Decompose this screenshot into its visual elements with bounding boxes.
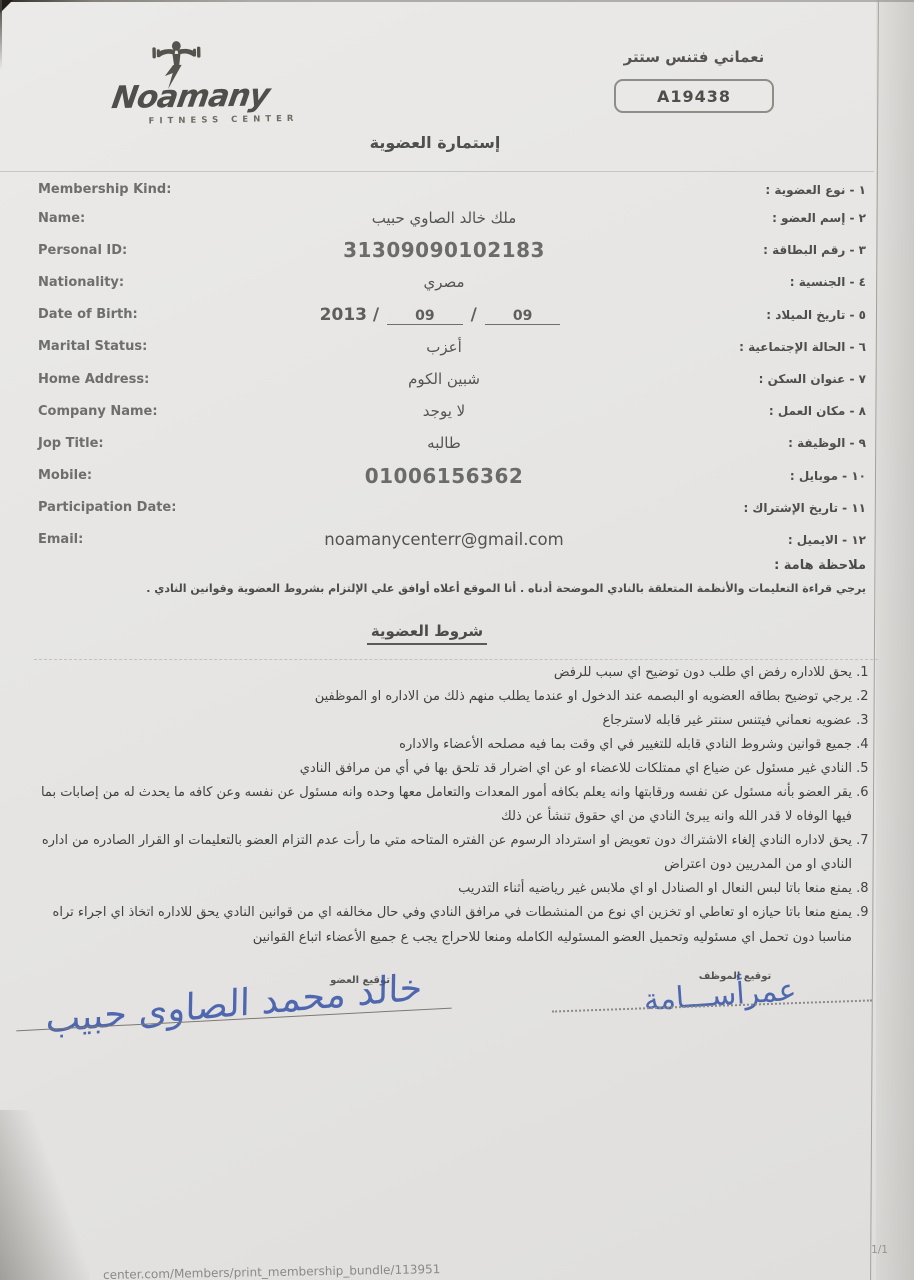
field-label-ar: ٢ - إسم العضو : <box>633 211 868 225</box>
field-label-en: Jop Title: <box>30 436 255 451</box>
logo-wordmark: Noamany <box>109 76 355 116</box>
page-title: إستمارة العضوية <box>0 133 870 152</box>
field-label-ar: ١٢ - الايميل : <box>633 533 868 547</box>
form-row: Marital Status:أعزب٦ - الحالة الإجتماعية… <box>30 331 868 363</box>
field-label-ar: ٩ - الوظيفة : <box>633 436 868 450</box>
terms-item: يمنع منعا باتا لبس النعال او الصنادل او … <box>28 877 852 901</box>
scanned-membership-form: نعماني فتنس ستتر A19438 Noama <box>0 0 914 1280</box>
terms-item: يحق للاداره رفض اي طلب دون توضيح اي سبب … <box>28 661 852 685</box>
form-row: Name:ملك خالد الصاوي حبيب٢ - إسم العضو : <box>30 202 868 234</box>
field-label-ar: ٣ - رقم البطاقة : <box>633 243 868 257</box>
membership-form-fields: Membership Kind:١ - نوع العضوية :Name:مل… <box>30 177 868 556</box>
form-row: Personal ID:31309090102183٣ - رقم البطاق… <box>30 234 868 266</box>
form-row: Company Name:لا يوجد٨ - مكان العمل : <box>30 395 868 427</box>
field-value: noamanycenterr@gmail.com <box>255 530 633 549</box>
field-value: شبين الكوم <box>255 370 633 388</box>
field-label-ar: ٥ - تاريخ الميلاد : <box>633 308 868 322</box>
note-body: يرجي قراءة التعليمات والأنظمة المتعلقة ب… <box>30 582 866 595</box>
terms-item: يمنع منعا باتا حيازه او تعاطي او تخزين ا… <box>28 901 852 949</box>
terms-item: يرجي توضيح بطاقه العضويه او البصمه عند ا… <box>28 685 852 709</box>
field-label-en: Company Name: <box>30 404 255 419</box>
form-row: Date of Birth:2013 /09/09٥ - تاريخ الميل… <box>30 299 868 331</box>
field-label-en: Membership Kind: <box>30 182 255 197</box>
center-name-arabic: نعماني فتنس ستتر <box>594 48 794 66</box>
form-row: Participation Date:١١ - تاريخ الإشتراك : <box>30 492 868 524</box>
member-code-badge: A19438 <box>614 79 774 113</box>
field-value: لا يوجد <box>255 402 633 420</box>
terms-item: جميع قوانين وشروط النادي قابله للتغيير ف… <box>28 733 852 757</box>
staff-signature-block: توقيع الموظف عمرأســـامة <box>552 971 888 1007</box>
field-label-en: Marital Status: <box>30 339 255 354</box>
terms-divider <box>34 659 878 660</box>
field-label-ar: ١١ - تاريخ الإشتراك : <box>633 501 868 515</box>
note-heading: ملاحظة هامة : <box>30 558 866 573</box>
member-signature-block: توقيع العضو خالد محمد الصاوى حبيب <box>16 975 452 1020</box>
field-label-ar: ٦ - الحالة الإجتماعية : <box>633 340 868 354</box>
field-value: 2013 /09/09 <box>255 305 633 325</box>
important-note: ملاحظة هامة : يرجي قراءة التعليمات والأن… <box>30 558 866 595</box>
page-number: 1/1 <box>871 1244 888 1256</box>
field-value: أعزب <box>255 338 633 356</box>
terms-item: يحق لاداره النادي إلغاء الاشتراك دون تعو… <box>28 829 852 877</box>
field-value: ملك خالد الصاوي حبيب <box>255 209 633 227</box>
field-value: 01006156362 <box>255 464 633 488</box>
field-label-en: Nationality: <box>30 275 255 290</box>
field-value: مصري <box>255 273 633 291</box>
form-row: Email:noamanycenterr@gmail.com١٢ - الايم… <box>30 524 868 556</box>
field-label-en: Personal ID: <box>30 243 255 258</box>
field-label-ar: ١ - نوع العضوية : <box>633 183 868 197</box>
form-row: Jop Title:طالبه٩ - الوظيفة : <box>30 427 868 459</box>
terms-list: يحق للاداره رفض اي طلب دون توضيح اي سبب … <box>28 661 878 950</box>
form-row: Mobile:01006156362١٠ - موبايل : <box>30 460 868 492</box>
form-row: Nationality:مصري٤ - الجنسية : <box>30 266 868 298</box>
form-row: Home Address:شبين الكوم٧ - عنوان السكن : <box>30 363 868 395</box>
field-label-en: Email: <box>30 532 255 547</box>
terms-heading-wrap: شروط العضوية <box>0 621 854 645</box>
noamany-logo: Noamany FITNESS CENTER <box>111 42 352 127</box>
field-label-ar: ٧ - عنوان السكن : <box>633 372 868 386</box>
field-label-ar: ٤ - الجنسية : <box>633 275 868 289</box>
field-value: 31309090102183 <box>255 238 633 262</box>
field-label-en: Mobile: <box>30 468 255 483</box>
terms-item: يقر العضو بأنه مسئول عن نفسه ورقابتها وا… <box>28 781 852 829</box>
title-divider <box>0 171 874 172</box>
field-label-ar: ٨ - مكان العمل : <box>633 404 868 418</box>
field-label-en: Name: <box>30 211 255 226</box>
terms-item: النادي غير مسئول عن ضياع اي ممتلكات للاع… <box>28 757 852 781</box>
scan-right-margin <box>876 0 914 1280</box>
field-label-en: Participation Date: <box>30 500 255 515</box>
scan-left-edge <box>0 0 2 70</box>
form-row: Membership Kind:١ - نوع العضوية : <box>30 177 868 202</box>
terms-list-section: يحق للاداره رفض اي طلب دون توضيح اي سبب … <box>28 661 878 950</box>
field-value: طالبه <box>255 434 633 452</box>
field-label-en: Date of Birth: <box>30 307 255 322</box>
field-label-ar: ١٠ - موبايل : <box>633 469 868 483</box>
member-code: A19438 <box>657 87 731 106</box>
scan-top-edge <box>0 0 914 2</box>
terms-item: عضويه نعماني فيتنس سنتر غير قابله لاسترج… <box>28 709 852 733</box>
terms-heading: شروط العضوية <box>367 622 487 645</box>
header-right: نعماني فتنس ستتر A19438 <box>594 48 794 113</box>
scan-corner-bottom-left <box>0 1110 90 1280</box>
field-label-en: Home Address: <box>30 372 255 387</box>
